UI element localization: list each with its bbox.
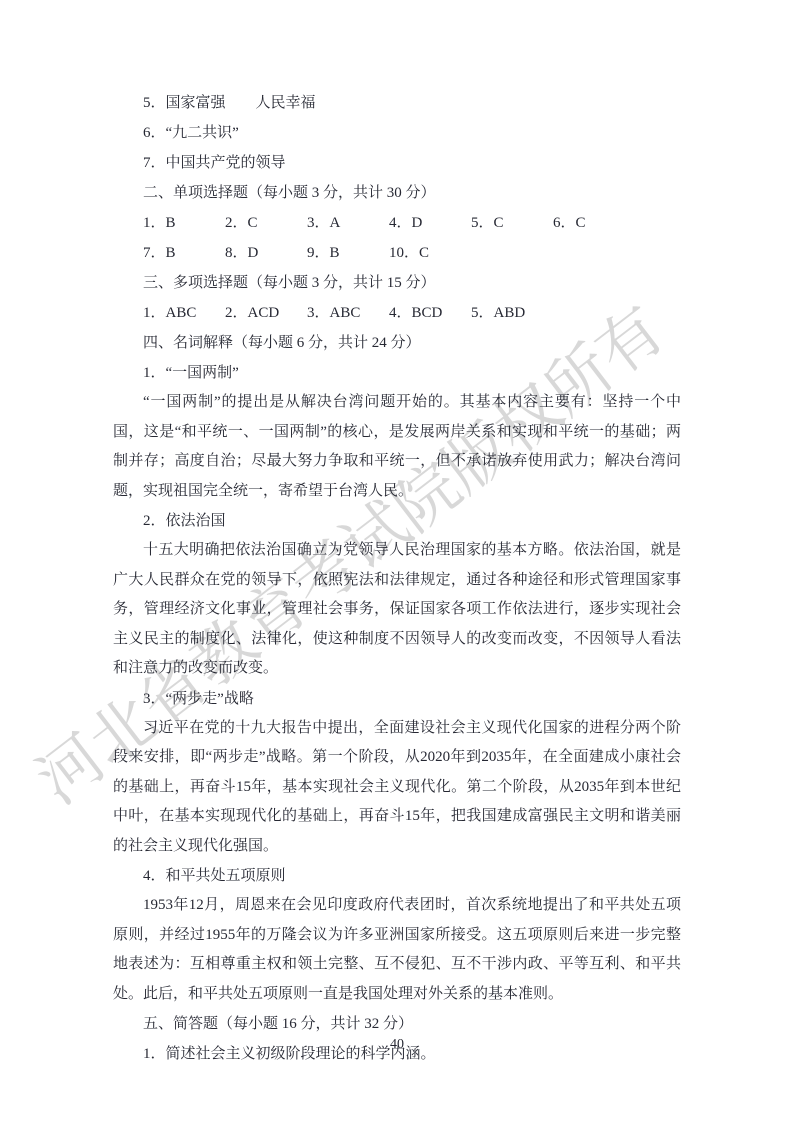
answer-cell: 8．D <box>225 238 307 268</box>
answer-cell: 5．ABD <box>471 298 553 328</box>
answer-cell: 7．B <box>143 238 225 268</box>
answer-cell: 1．B <box>143 208 225 238</box>
answer-cell: 5．C <box>471 208 553 238</box>
answer-cell: 4．D <box>389 208 471 238</box>
term-body-2: 十五大明确把依法治国确立为党领导人民治理国家的基本方略。依法治国，就是广大人民群… <box>113 536 681 684</box>
answer-cell: 1．ABC <box>143 298 225 328</box>
term-body-1: “一国两制”的提出是从解决台湾问题开始的。其基本内容主要有：坚持一个中国，这是“… <box>113 388 681 506</box>
term-title-3: 3．“两步走”战略 <box>113 684 681 714</box>
answer-cell: 4．BCD <box>389 298 471 328</box>
multi-choice-answers-row-1: 1．ABC2．ACD3．ABC4．BCD5．ABD <box>113 298 681 328</box>
answer-cell: 6．C <box>553 208 635 238</box>
answer-cell: 10．C <box>389 238 471 268</box>
section-heading-multi-choice: 三、多项选择题（每小题 3 分，共计 15 分） <box>113 268 681 298</box>
answer-line-5: 5．国家富强 人民幸福 <box>113 88 681 118</box>
answer-line-6: 6．“九二共识” <box>113 118 681 148</box>
single-choice-answers-row-1: 1．B2．C3．A4．D5．C6．C <box>113 208 681 238</box>
answer-cell: 3．A <box>307 208 389 238</box>
term-body-4: 1953年12月，周恩来在会见印度政府代表团时，首次系统地提出了和平共处五项原则… <box>113 891 681 1009</box>
section-heading-short-answer: 五、简答题（每小题 16 分，共计 32 分） <box>113 1009 681 1039</box>
answer-cell: 9．B <box>307 238 389 268</box>
answer-cell: 2．ACD <box>225 298 307 328</box>
single-choice-answers-row-2: 7．B8．D9．B10．C <box>113 238 681 268</box>
answer-line-7: 7．中国共产党的领导 <box>113 148 681 178</box>
answer-cell: 2．C <box>225 208 307 238</box>
term-title-1: 1．“一国两制” <box>113 358 681 388</box>
term-body-3: 习近平在党的十九大报告中提出，全面建设社会主义现代化国家的进程分两个阶段来安排，… <box>113 714 681 862</box>
term-title-4: 4．和平共处五项原则 <box>113 861 681 891</box>
document-page: 河北省教育考试院版权所有 5．国家富强 人民幸福 6．“九二共识” 7．中国共产… <box>0 0 794 1123</box>
section-heading-single-choice: 二、单项选择题（每小题 3 分，共计 30 分） <box>113 178 681 208</box>
answer-cell: 3．ABC <box>307 298 389 328</box>
answer-key-content: 5．国家富强 人民幸福 6．“九二共识” 7．中国共产党的领导 二、单项选择题（… <box>113 88 681 1069</box>
section-heading-term-explanation: 四、名词解释（每小题 6 分，共计 24 分） <box>113 328 681 358</box>
term-title-2: 2．依法治国 <box>113 506 681 536</box>
page-number: 40 <box>0 1036 794 1054</box>
